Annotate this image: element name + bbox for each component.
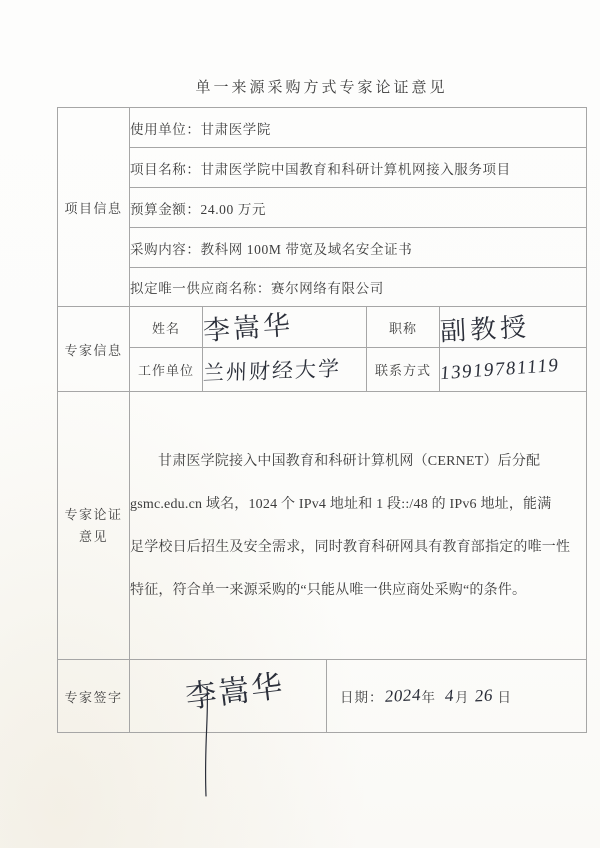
date-cell: 日期： 2024 年 4 月 26 日: [327, 660, 587, 733]
expert-opinion-header-line1: 专家论证: [58, 504, 129, 526]
opinion-line: 特征，符合单一来源采购的“只能从唯一供应商处采购“的条件。: [130, 569, 586, 612]
opinion-line: 足学校日后招生及安全需求，同时教育科研网具有教育部指定的唯一性: [130, 526, 586, 569]
document-title: 单一来源采购方式专家论证意见: [57, 76, 586, 97]
field-budget: 预算金额：24.00 万元: [130, 188, 587, 228]
label-contact: 联系方式: [367, 348, 440, 392]
section-header-project-info: 项目信息: [58, 108, 130, 307]
field-procurement-content: 采购内容：教科网 100M 带宽及域名安全证书: [130, 228, 587, 268]
handwritten-month: 4: [444, 686, 455, 706]
year-unit: 年: [422, 686, 437, 706]
scanned-document-page: 单一来源采购方式专家论证意见 项目信息 使用单位：甘肃医学院 项目名称：甘肃医学…: [0, 0, 600, 848]
month-unit: 月: [455, 686, 470, 706]
field-project-name: 项目名称：甘肃医学院中国教育和科研计算机网接入服务项目: [130, 148, 587, 188]
handwritten-signature: 李嵩华: [183, 660, 287, 717]
label-expert-name: 姓名: [130, 307, 203, 348]
date-label: 日期：: [340, 686, 384, 706]
row-use-unit: 项目信息 使用单位：甘肃医学院: [58, 108, 587, 148]
label-work-unit: 工作单位: [130, 348, 203, 392]
handwritten-expert-name: 李嵩华: [203, 307, 367, 348]
opinion-line: gsmc.edu.cn 域名，1024 个 IPv4 地址和 1 段::/48 …: [130, 483, 586, 526]
row-expert-opinion: 专家论证 意见 甘肃医学院接入中国教育和科研计算机网（CERNET）后分配 gs…: [58, 392, 587, 660]
row-budget: 预算金额：24.00 万元: [58, 188, 587, 228]
handwritten-work-unit: 兰州财经大学: [203, 348, 367, 392]
row-expert-unit-contact: 工作单位 兰州财经大学 联系方式 13919781119: [58, 348, 587, 392]
field-sole-supplier: 拟定唯一供应商名称：赛尔网络有限公司: [130, 268, 587, 307]
day-unit: 日: [498, 686, 513, 706]
section-header-expert-info: 专家信息: [58, 307, 130, 392]
section-header-expert-signature: 专家签字: [58, 660, 130, 733]
row-sole-supplier: 拟定唯一供应商名称：赛尔网络有限公司: [58, 268, 587, 307]
row-procurement-content: 采购内容：教科网 100M 带宽及域名安全证书: [58, 228, 587, 268]
handwritten-contact-number: 13919781119: [440, 348, 587, 392]
field-use-unit: 使用单位：甘肃医学院: [130, 108, 587, 148]
handwritten-expert-title: 副教授: [440, 307, 587, 348]
label-expert-title: 职称: [367, 307, 440, 348]
date-line: 日期： 2024 年 4 月 26 日: [327, 686, 586, 706]
expert-opinion-text-cell: 甘肃医学院接入中国教育和科研计算机网（CERNET）后分配 gsmc.edu.c…: [130, 392, 587, 660]
opinion-line: 甘肃医学院接入中国教育和科研计算机网（CERNET）后分配: [130, 440, 586, 483]
expert-opinion-header-line2: 意见: [58, 526, 129, 548]
signature-cell: 李嵩华: [130, 660, 327, 733]
section-header-expert-opinion: 专家论证 意见: [58, 392, 130, 660]
row-expert-name-title: 专家信息 姓名 李嵩华 职称 副教授: [58, 307, 587, 348]
row-project-name: 项目名称：甘肃医学院中国教育和科研计算机网接入服务项目: [58, 148, 587, 188]
row-expert-signature: 专家签字 李嵩华 日期： 2024 年 4 月 26 日: [58, 660, 587, 733]
handwritten-day: 26: [474, 686, 494, 707]
handwritten-year: 2024: [384, 685, 422, 707]
expert-opinion-form-table: 项目信息 使用单位：甘肃医学院 项目名称：甘肃医学院中国教育和科研计算机网接入服…: [57, 107, 587, 733]
